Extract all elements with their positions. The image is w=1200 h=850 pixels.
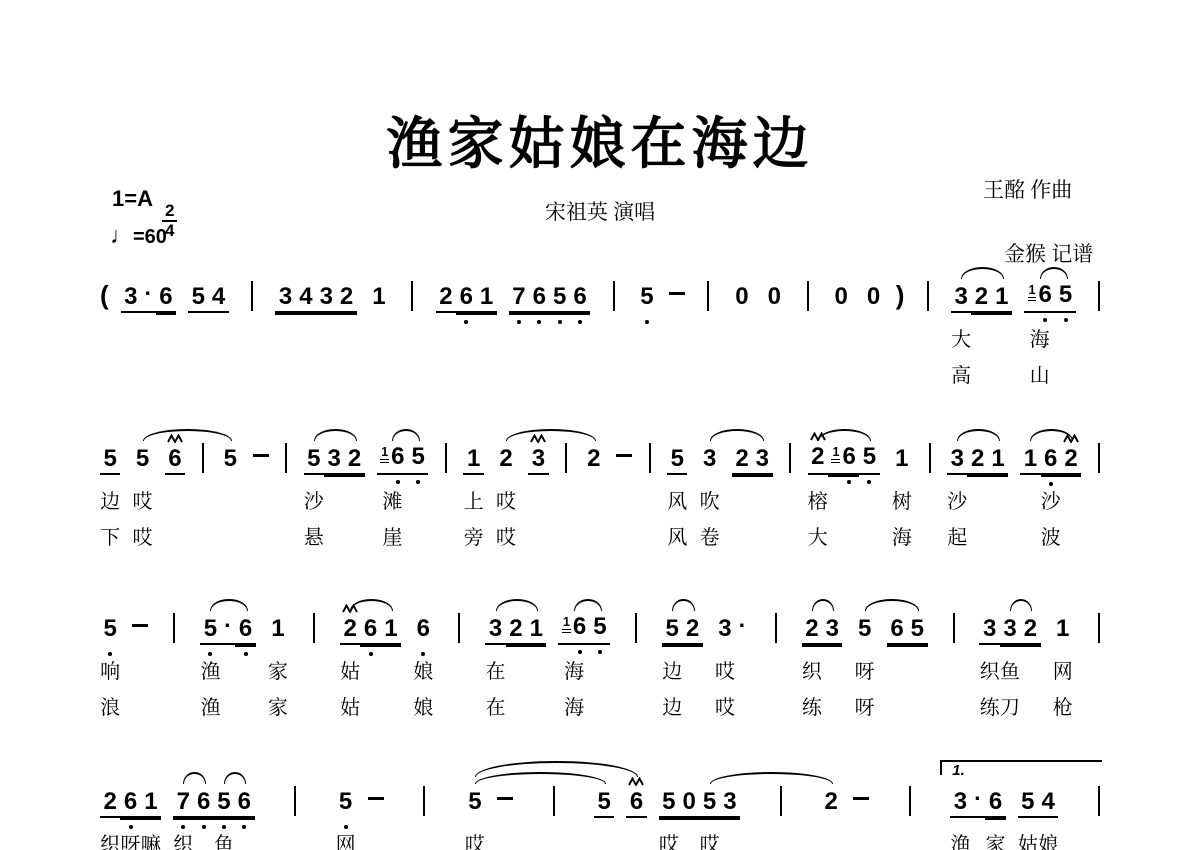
barline xyxy=(953,613,955,643)
note-digit: 6 xyxy=(239,616,252,641)
lyric: 波 xyxy=(1041,521,1061,550)
measure: 5 xyxy=(465,789,513,818)
grace-note: 1 xyxy=(562,616,571,634)
measure: 5 xyxy=(220,446,268,475)
slur-arc xyxy=(574,599,602,611)
note-digit: 1 xyxy=(1024,446,1037,471)
note-group: 1 xyxy=(268,616,288,645)
note-digit: 6 xyxy=(573,284,586,309)
dash-cell xyxy=(497,789,513,818)
measure: 565053 xyxy=(594,789,740,818)
slur-arc xyxy=(506,429,596,441)
note: 6 xyxy=(165,446,185,471)
duration-dash xyxy=(132,624,148,627)
note-digit: 0 xyxy=(683,789,696,814)
duration-dash xyxy=(497,797,513,800)
barline xyxy=(173,613,175,643)
note: 5 xyxy=(550,284,570,309)
barline xyxy=(775,613,777,643)
note-digit: 5 xyxy=(863,444,876,469)
note-digit: 0 xyxy=(768,284,781,309)
note-digit: 2 xyxy=(975,284,988,309)
note: 6 xyxy=(234,789,254,814)
note: 5 xyxy=(200,616,220,641)
slur-arc xyxy=(143,429,233,441)
measure: 321162 xyxy=(947,446,1081,475)
note: 3 xyxy=(979,616,999,641)
measure: 5 xyxy=(637,284,685,313)
lyric: 风 xyxy=(667,485,687,514)
lyric: 哎 xyxy=(496,521,516,550)
note-digit: 2 xyxy=(735,446,748,471)
note-digit: 1 xyxy=(384,616,397,641)
note-group: 321 xyxy=(947,446,1008,475)
note: 5 xyxy=(859,444,879,469)
note-digit: 5 xyxy=(553,284,566,309)
note-group: 5 xyxy=(100,446,120,475)
note-digit: 5 xyxy=(104,446,117,471)
dash-cell xyxy=(853,789,869,818)
note-digit: 6 xyxy=(533,284,546,309)
note: 5 xyxy=(1055,282,1075,307)
note-digit: 0 xyxy=(867,284,880,309)
grace-note: 1 xyxy=(1028,284,1037,302)
note: 2 xyxy=(1061,446,1081,471)
note-digit: 1 xyxy=(1056,616,1069,641)
volta-label: 1. xyxy=(952,763,965,778)
lyric: 哎 xyxy=(659,828,679,850)
note-group: 3 xyxy=(699,446,719,475)
note: 3 xyxy=(324,446,344,471)
barline xyxy=(909,786,911,816)
note: 5 xyxy=(465,789,485,814)
note: 5 xyxy=(659,789,679,814)
note: 5 xyxy=(100,616,120,641)
low-octave-dot xyxy=(1043,318,1047,322)
lyric: 哎 xyxy=(700,828,720,850)
lyric: 鱼 xyxy=(214,828,234,850)
slur-arc xyxy=(1040,267,1068,279)
note-digit: 1 xyxy=(995,284,1008,309)
note-digit: 4 xyxy=(299,284,312,309)
note-digit: 6 xyxy=(989,789,1002,814)
note-digit: 2 xyxy=(971,446,984,471)
barline xyxy=(1098,613,1100,643)
note-digit: 6 xyxy=(364,616,377,641)
note-digit: 5 xyxy=(666,616,679,641)
note-digit: 6 xyxy=(890,616,903,641)
low-octave-dot xyxy=(578,320,582,324)
low-octave-dot xyxy=(1064,318,1068,322)
measure: 321165 xyxy=(485,614,610,646)
measure: 5 xyxy=(100,616,148,645)
lyric: 织 xyxy=(173,828,193,850)
note-digit: 5 xyxy=(671,446,684,471)
note-digit: 2 xyxy=(1064,446,1077,471)
slur-arc xyxy=(957,429,1000,441)
note-group: 23 xyxy=(802,616,843,645)
measure: 532165 xyxy=(304,444,429,476)
note-digit: 3 xyxy=(826,616,839,641)
note: 4 xyxy=(208,284,228,309)
note-digit: 6 xyxy=(124,789,137,814)
note: 0 xyxy=(764,284,784,309)
duration-dash xyxy=(669,292,685,295)
lyric: 练 xyxy=(980,691,1000,720)
note: 5 xyxy=(132,446,152,471)
lyric: 树 xyxy=(892,485,912,514)
note-digit: 5 xyxy=(217,789,230,814)
slur-arc xyxy=(961,267,1004,279)
lyric: 织 xyxy=(100,828,120,850)
note: 5 xyxy=(699,789,719,814)
barline xyxy=(807,281,809,311)
note: 5 xyxy=(188,284,208,309)
note-group: 5 xyxy=(637,284,657,313)
lyric: 娘 xyxy=(413,655,433,684)
quarter-note-icon: ♩ xyxy=(110,222,133,248)
note: 4 xyxy=(296,284,316,309)
lyric: 大 xyxy=(808,521,828,550)
dash-cell xyxy=(253,446,269,475)
note-digit: 3 xyxy=(327,446,340,471)
low-octave-dot xyxy=(537,320,541,324)
note-group: 1 xyxy=(463,446,483,475)
system-line-3: 55·612616321165523·235653321响渔家姑娘在海边哎织呀织… xyxy=(100,587,1100,645)
note-digit: 3 xyxy=(954,789,967,814)
note-digit: 5 xyxy=(104,616,117,641)
lyric: 大 xyxy=(951,323,971,352)
slur-arc xyxy=(224,772,246,784)
note: 5 xyxy=(1018,789,1038,814)
note-digit: 1 xyxy=(530,616,543,641)
note-digit: 2 xyxy=(587,446,600,471)
note-digit: 3 xyxy=(532,446,545,471)
note: 6 xyxy=(360,616,380,641)
note-group: 0 xyxy=(831,284,851,313)
augmentation-dot: · xyxy=(735,616,750,641)
note: 1 xyxy=(892,446,912,471)
low-octave-dot xyxy=(202,825,206,829)
lyric: 网 xyxy=(1053,655,1073,684)
measure: 34321 xyxy=(275,284,389,313)
augmentation-dot: · xyxy=(221,616,236,641)
note-digit: 1 xyxy=(271,616,284,641)
note-group: 2165 xyxy=(808,444,880,476)
note-digit: 3 xyxy=(983,616,996,641)
note: 5 xyxy=(854,616,874,641)
note-digit: 2 xyxy=(348,446,361,471)
note-digit: 3 xyxy=(718,616,731,641)
lyric: 娘 xyxy=(413,691,433,720)
note-digit: 3 xyxy=(124,284,137,309)
system-line-1: (3·65434321261765650000)321165大海高山 xyxy=(100,255,1100,313)
duration-dash xyxy=(853,797,869,800)
lyric: 崖 xyxy=(382,521,402,550)
sheet-music-page: 渔家姑娘在海边 宋祖英 演唱 王酩 作曲 金猴 记谱 1=A24 ♩=60 (3… xyxy=(0,0,1200,850)
note-digit: 5 xyxy=(593,614,606,639)
note: 2 xyxy=(821,789,841,814)
note-group: 5 xyxy=(594,789,614,818)
lyric: 娘 xyxy=(1038,828,1058,850)
note-group: 1 xyxy=(892,446,912,475)
note-digit: 1 xyxy=(144,789,157,814)
note-digit: 2 xyxy=(340,284,353,309)
note-group: 0 xyxy=(732,284,752,313)
note: 5 xyxy=(637,284,657,309)
barline xyxy=(1098,281,1100,311)
duration-dash xyxy=(616,454,632,457)
note-digit: 2 xyxy=(509,616,522,641)
barline xyxy=(927,281,929,311)
lyric: 渔 xyxy=(950,828,970,850)
note-digit: 2 xyxy=(811,444,824,469)
note: 1 xyxy=(992,284,1012,309)
lyric: 榕 xyxy=(808,485,828,514)
barline xyxy=(613,281,615,311)
note: 1 xyxy=(1020,446,1040,471)
note: 6 xyxy=(120,789,140,814)
dash-cell xyxy=(368,789,384,818)
lyric: 卷 xyxy=(700,521,720,550)
lyric: 下 xyxy=(100,521,120,550)
lyric: 悬 xyxy=(304,521,324,550)
note-group: 23 xyxy=(732,446,773,475)
barline xyxy=(251,281,253,311)
lyric: 渔 xyxy=(200,691,220,720)
close-paren: ) xyxy=(896,282,905,313)
lyric: 哎 xyxy=(496,485,516,514)
lyric: 海 xyxy=(564,691,584,720)
tempo-value: =60 xyxy=(133,226,167,248)
note: 6 xyxy=(570,284,590,309)
note: 2 xyxy=(967,446,987,471)
note: 3 xyxy=(950,789,970,814)
note-group: 261 xyxy=(436,284,497,313)
note-digit: 5 xyxy=(468,789,481,814)
note-digit: 3 xyxy=(279,284,292,309)
lyric: 吹 xyxy=(700,485,720,514)
note-digit: 5 xyxy=(339,789,352,814)
note: 5 xyxy=(667,446,687,471)
note-digit: 5 xyxy=(911,616,924,641)
note-group: 2 xyxy=(584,446,604,475)
note: 1 xyxy=(381,616,401,641)
lyric: 沙 xyxy=(304,485,324,514)
measure: 3·654 xyxy=(950,789,1058,818)
note-digit: · xyxy=(145,281,153,305)
note: 3 xyxy=(720,789,740,814)
note-digit: 5 xyxy=(1059,282,1072,307)
note: 5 xyxy=(100,446,120,471)
barline xyxy=(1098,786,1100,816)
note-digit: 3 xyxy=(1003,616,1016,641)
note-digit: · xyxy=(224,613,232,637)
note-digit: 6 xyxy=(238,789,251,814)
note: 6 xyxy=(626,789,646,814)
lyric: 海 xyxy=(564,655,584,684)
note-digit: 6 xyxy=(1044,446,1057,471)
note: 3 xyxy=(485,616,505,641)
barline xyxy=(707,281,709,311)
low-octave-dot xyxy=(598,650,602,654)
dash-cell xyxy=(669,284,685,313)
slur-arc xyxy=(672,599,694,611)
note-digit: 1 xyxy=(991,446,1004,471)
note: 5 xyxy=(304,446,324,471)
lyric: 上 xyxy=(464,485,484,514)
note-digit: 3 xyxy=(954,284,967,309)
note: 5 xyxy=(408,444,428,469)
note-digit: 5 xyxy=(703,789,716,814)
note-group: 3·6 xyxy=(950,789,1005,818)
composer-line: 王酩 作曲 xyxy=(983,178,1072,202)
slur-arc xyxy=(496,599,539,611)
note-digit: 3 xyxy=(320,284,333,309)
note: 0 xyxy=(732,284,752,309)
barline xyxy=(445,443,447,473)
note-digit: 5 xyxy=(858,616,871,641)
note-group: 5 xyxy=(100,616,120,645)
note-digit: 6 xyxy=(1038,282,1051,307)
note-group: 2 xyxy=(821,789,841,818)
note-group: 261 xyxy=(100,789,161,818)
note-digit: 2 xyxy=(104,789,117,814)
note: 2 xyxy=(1020,616,1040,641)
measure: 2617656 xyxy=(436,284,591,313)
note-group: 261 xyxy=(340,616,401,645)
measure: 5·61 xyxy=(200,616,288,645)
barline xyxy=(411,281,413,311)
note: 3 xyxy=(275,284,295,309)
note: 6 xyxy=(456,284,476,309)
key-label: 1=A xyxy=(112,186,153,211)
lyric: 织 xyxy=(802,655,822,684)
note: 5 xyxy=(907,616,927,641)
dash-cell xyxy=(132,616,148,645)
low-octave-dot xyxy=(464,320,468,324)
lyric: 家 xyxy=(268,655,288,684)
note: 3 xyxy=(752,446,772,471)
note-digit: 5 xyxy=(412,444,425,469)
note-group: 1 xyxy=(1053,616,1073,645)
note-group: 332 xyxy=(979,616,1040,645)
slur-arc xyxy=(475,761,639,777)
note-group: 54 xyxy=(188,284,229,313)
slur-arc xyxy=(812,599,834,611)
note-digit: 3 xyxy=(756,446,769,471)
slur-arc xyxy=(818,429,872,441)
low-octave-dot xyxy=(416,480,420,484)
note-digit: 0 xyxy=(834,284,847,309)
note: 1 xyxy=(988,446,1008,471)
note-digit: 1 xyxy=(372,284,385,309)
note: 2 xyxy=(732,446,752,471)
note-group: 7656 xyxy=(173,789,254,818)
lyric: 沙 xyxy=(1041,485,1061,514)
note: 6 xyxy=(887,616,907,641)
lyric: 山 xyxy=(1030,359,1050,388)
note-group: 165 xyxy=(1024,282,1076,314)
note-digit: 7 xyxy=(512,284,525,309)
notes-row: 55655321651232532321651321162 xyxy=(100,443,1100,475)
lyric: 旁 xyxy=(464,521,484,550)
measure: 00 xyxy=(732,284,785,313)
note: 6 xyxy=(413,616,433,641)
lyric: 呀 xyxy=(855,655,875,684)
note-digit: 6 xyxy=(168,446,181,471)
barline xyxy=(553,786,555,816)
low-octave-dot xyxy=(847,480,851,484)
note: 0 xyxy=(831,284,851,309)
note-group: 0 xyxy=(863,284,883,313)
note-digit: 6 xyxy=(197,789,210,814)
lyric: 哎 xyxy=(133,485,153,514)
note-group: 52 xyxy=(662,616,703,645)
lyric: 姑 xyxy=(340,691,360,720)
notes-row: 55·612616321165523·235653321 xyxy=(100,613,1100,645)
note-digit: 2 xyxy=(1024,616,1037,641)
lyric: 家 xyxy=(985,828,1005,850)
dash-cell xyxy=(616,446,632,475)
barline xyxy=(789,443,791,473)
note: 2 xyxy=(802,616,822,641)
note: 2 xyxy=(344,446,364,471)
low-octave-dot xyxy=(369,652,373,656)
barline xyxy=(780,786,782,816)
low-octave-dot xyxy=(867,480,871,484)
barline xyxy=(313,613,315,643)
note: 2 xyxy=(336,284,356,309)
note-digit: 5 xyxy=(597,789,610,814)
measure: 523· xyxy=(662,616,750,645)
barline xyxy=(649,443,651,473)
lyric: 哎 xyxy=(715,655,735,684)
lyric: 浪 xyxy=(100,691,120,720)
barline xyxy=(565,443,567,473)
lyric: 枪 xyxy=(1053,691,1073,720)
note-group: 3· xyxy=(715,616,750,645)
note: 1 xyxy=(369,284,389,309)
note: 1 xyxy=(463,446,483,471)
note-group: 7656 xyxy=(509,284,590,313)
lyric: 在 xyxy=(486,691,506,720)
volta-bracket: 1. xyxy=(940,760,1102,775)
note-group: 5 xyxy=(335,789,355,818)
note: 3 xyxy=(715,616,735,641)
note: 6 xyxy=(156,284,176,309)
low-octave-dot xyxy=(242,825,246,829)
slur-arc xyxy=(314,429,357,441)
slur-arc xyxy=(865,599,920,611)
note-group: 162 xyxy=(1020,446,1081,475)
grace-note: 1 xyxy=(831,446,840,464)
note: 1 xyxy=(526,616,546,641)
barline xyxy=(929,443,931,473)
lyric: 风 xyxy=(667,521,687,550)
slur-arc xyxy=(183,772,205,784)
note-group: 5 xyxy=(220,446,240,475)
measure: (3·654 xyxy=(100,282,229,313)
lyric: 姑 xyxy=(340,655,360,684)
measure: 123 xyxy=(463,446,548,475)
note: 7 xyxy=(509,284,529,309)
slur-arc xyxy=(1030,429,1073,441)
note: 5 xyxy=(662,616,682,641)
lyric: 海 xyxy=(1030,323,1050,352)
note-digit: 6 xyxy=(159,284,172,309)
barline xyxy=(635,613,637,643)
